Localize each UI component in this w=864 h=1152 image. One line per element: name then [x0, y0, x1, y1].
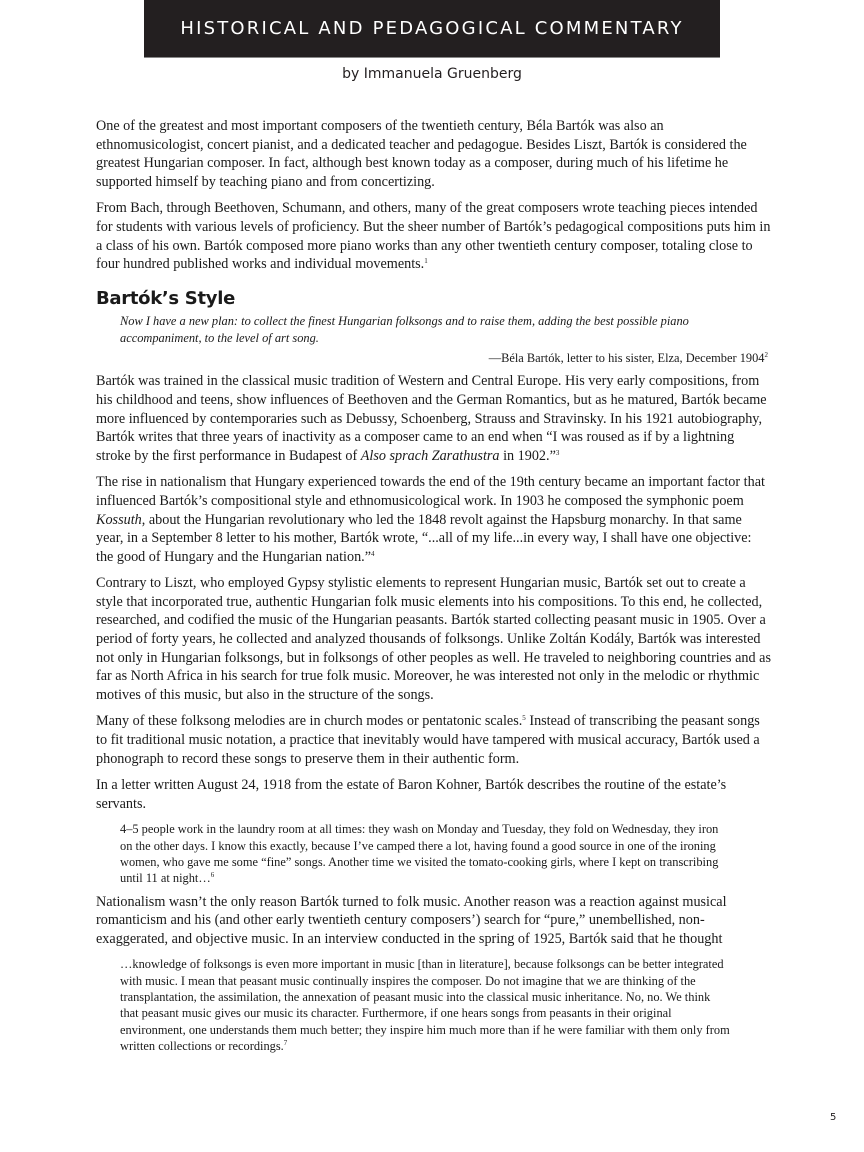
paragraph-text: in 1902.”	[500, 448, 556, 464]
paragraph-text: In a letter written August 24, 1918 from…	[96, 777, 726, 812]
footnote-ref: 2	[765, 351, 769, 359]
paragraph-text: Nationalism wasn’t the only reason Bartó…	[96, 894, 727, 947]
paragraph: From Bach, through Beethoven, Schumann, …	[96, 199, 772, 273]
quote-text: 4–5 people work in the laundry room at a…	[120, 822, 718, 885]
paragraph: One of the greatest and most important c…	[96, 117, 772, 191]
attribution-text: —Béla Bartók, letter to his sister, Elza…	[489, 351, 765, 365]
footnote-ref: 6	[211, 871, 215, 879]
paragraph: The rise in nationalism that Hungary exp…	[96, 473, 772, 566]
footnote-ref: 4	[371, 550, 375, 558]
paragraph: Bartók was trained in the classical musi…	[96, 372, 772, 465]
block-quote: …knowledge of folksongs is even more imp…	[120, 956, 730, 1054]
paragraph: Many of these folksong melodies are in c…	[96, 712, 772, 768]
epigraph-attribution: —Béla Bartók, letter to his sister, Elza…	[96, 350, 768, 366]
quote-text: …knowledge of folksongs is even more imp…	[120, 957, 730, 1052]
paragraph-text: The rise in nationalism that Hungary exp…	[96, 474, 765, 509]
footnote-ref: 3	[556, 449, 560, 457]
section-heading: Bartók’s Style	[96, 290, 772, 309]
paragraph-text: Many of these folksong melodies are in c…	[96, 713, 522, 729]
footnote-ref: 1	[424, 257, 428, 265]
paragraph: Contrary to Liszt, who employed Gypsy st…	[96, 574, 772, 704]
footnote-ref: 7	[284, 1039, 288, 1047]
author-byline: by Immanuela Gruenberg	[0, 66, 864, 82]
work-title: Also sprach Zarathustra	[361, 448, 500, 464]
paragraph-text: One of the greatest and most important c…	[96, 118, 747, 190]
page-number: 5	[830, 1112, 836, 1123]
article-body: One of the greatest and most important c…	[96, 117, 772, 1060]
epigraph-quote: Now I have a new plan: to collect the fi…	[120, 313, 772, 346]
paragraph-text: Contrary to Liszt, who employed Gypsy st…	[96, 575, 771, 703]
block-quote: 4–5 people work in the laundry room at a…	[120, 821, 730, 886]
header-bar: HISTORICAL AND PEDAGOGICAL COMMENTARY	[144, 0, 720, 58]
work-title: Kossuth	[96, 512, 142, 528]
paragraph: Nationalism wasn’t the only reason Bartó…	[96, 893, 772, 949]
paragraph-text: , about the Hungarian revolutionary who …	[96, 512, 751, 565]
paragraph: In a letter written August 24, 1918 from…	[96, 776, 772, 813]
paragraph-text: From Bach, through Beethoven, Schumann, …	[96, 200, 770, 272]
page-title: HISTORICAL AND PEDAGOGICAL COMMENTARY	[180, 18, 683, 39]
